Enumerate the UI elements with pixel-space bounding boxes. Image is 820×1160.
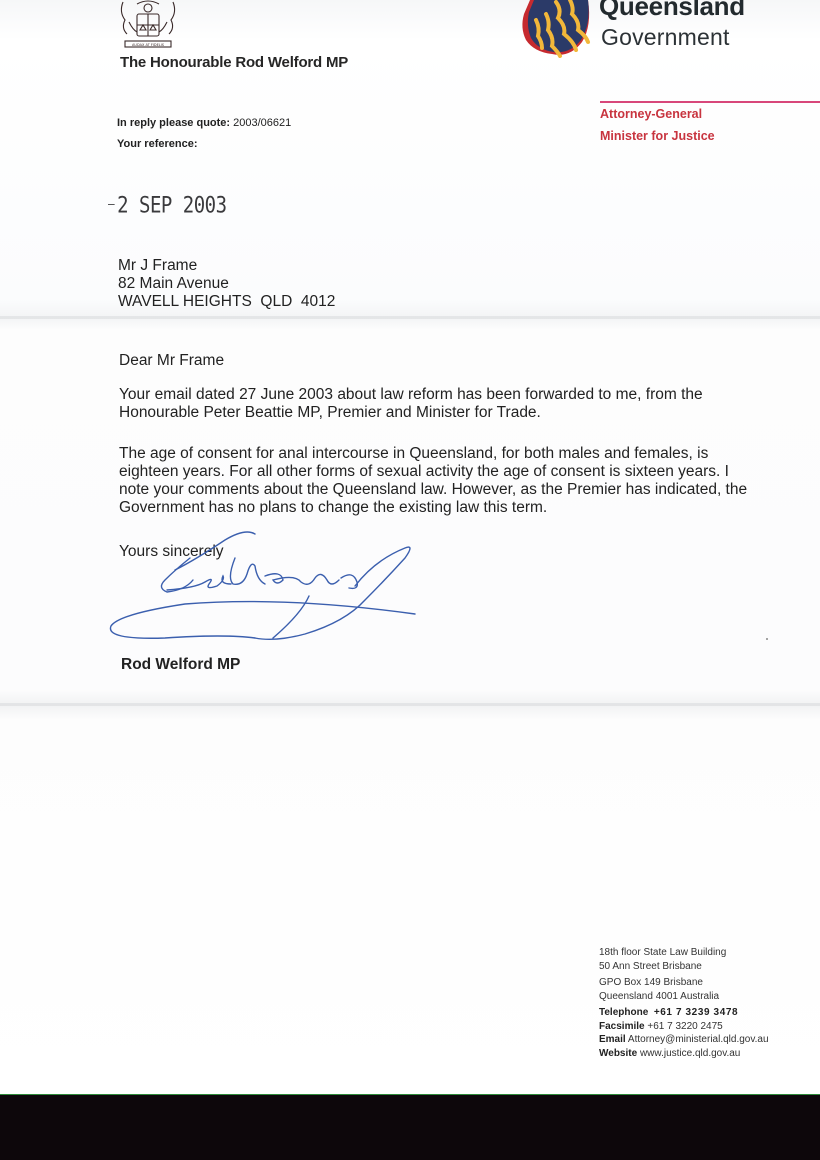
email-address: Attorney@ministerial.qld.gov.au [628,1034,769,1045]
facsimile: Facsimile +61 7 3220 2475 [599,1020,769,1034]
coat-of-arms-icon: AUDAX AT FIDELIS [117,0,179,50]
telephone-label: Telephone [599,1007,648,1018]
signer-name: Rod Welford MP [121,656,240,674]
office-subtitle: Minister for Justice [600,129,715,143]
address-line: 50 Ann Street Brisbane [599,960,769,974]
paper-speck [766,638,768,640]
contact-details: Telephone +61 7 3239 3478 Facsimile +61 … [599,1006,769,1060]
letter-page: AUDAX AT FIDELIS The Honourable Rod Welf… [0,0,820,1094]
recipient-street: 82 Main Avenue [118,275,335,293]
facsimile-number: +61 7 3220 2475 [647,1021,722,1032]
telephone: Telephone +61 7 3239 3478 [599,1006,769,1020]
address-line: 18th floor State Law Building [599,946,769,960]
website: Website www.justice.qld.gov.au [599,1047,769,1061]
scanner-background [0,1094,820,1160]
street-address: 18th floor State Law Building 50 Ann Str… [599,946,769,973]
signature-icon [105,530,425,650]
recipient-address: Mr J Frame 82 Main Avenue WAVELL HEIGHTS… [118,257,335,311]
paper-fold-line [0,316,820,319]
postal-line: Queensland 4001 Australia [599,990,769,1004]
reply-quote-label: In reply please quote: [117,117,230,129]
svg-text:AUDAX AT FIDELIS: AUDAX AT FIDELIS [132,43,165,47]
contact-footer: 18th floor State Law Building 50 Ann Str… [599,946,769,1060]
queensland-government-logo-icon [516,0,596,58]
brand-queensland: Queensland [599,0,745,22]
postal-line: GPO Box 149 Brisbane [599,976,769,990]
date-stamp-dash: – [108,196,114,211]
website-url: www.justice.qld.gov.au [640,1048,740,1059]
paper-fold-line [0,703,820,706]
postal-address: GPO Box 149 Brisbane Queensland 4001 Aus… [599,976,769,1003]
header-divider [600,101,820,103]
brand-government: Government [601,24,730,51]
body-paragraph: Your email dated 27 June 2003 about law … [119,386,759,422]
reply-quote-value: 2003/06621 [233,117,291,129]
office-title: Attorney-General [600,107,702,121]
body-paragraph: The age of consent for anal intercourse … [119,445,759,517]
date-stamp-text: 2 SEP 2003 [117,193,226,218]
reply-quote: In reply please quote: 2003/06621 [117,117,291,129]
salutation: Dear Mr Frame [119,352,224,370]
telephone-number: +61 7 3239 3478 [654,1007,738,1018]
website-label: Website [599,1048,637,1059]
facsimile-label: Facsimile [599,1021,645,1032]
minister-title: The Honourable Rod Welford MP [120,54,348,71]
email-label: Email [599,1034,626,1045]
email: Email Attorney@ministerial.qld.gov.au [599,1033,769,1047]
date-stamp: –2 SEP 2003 [108,193,227,218]
recipient-locality: WAVELL HEIGHTS QLD 4012 [118,293,335,311]
your-reference-label: Your reference: [117,138,198,150]
recipient-name: Mr J Frame [118,257,335,275]
